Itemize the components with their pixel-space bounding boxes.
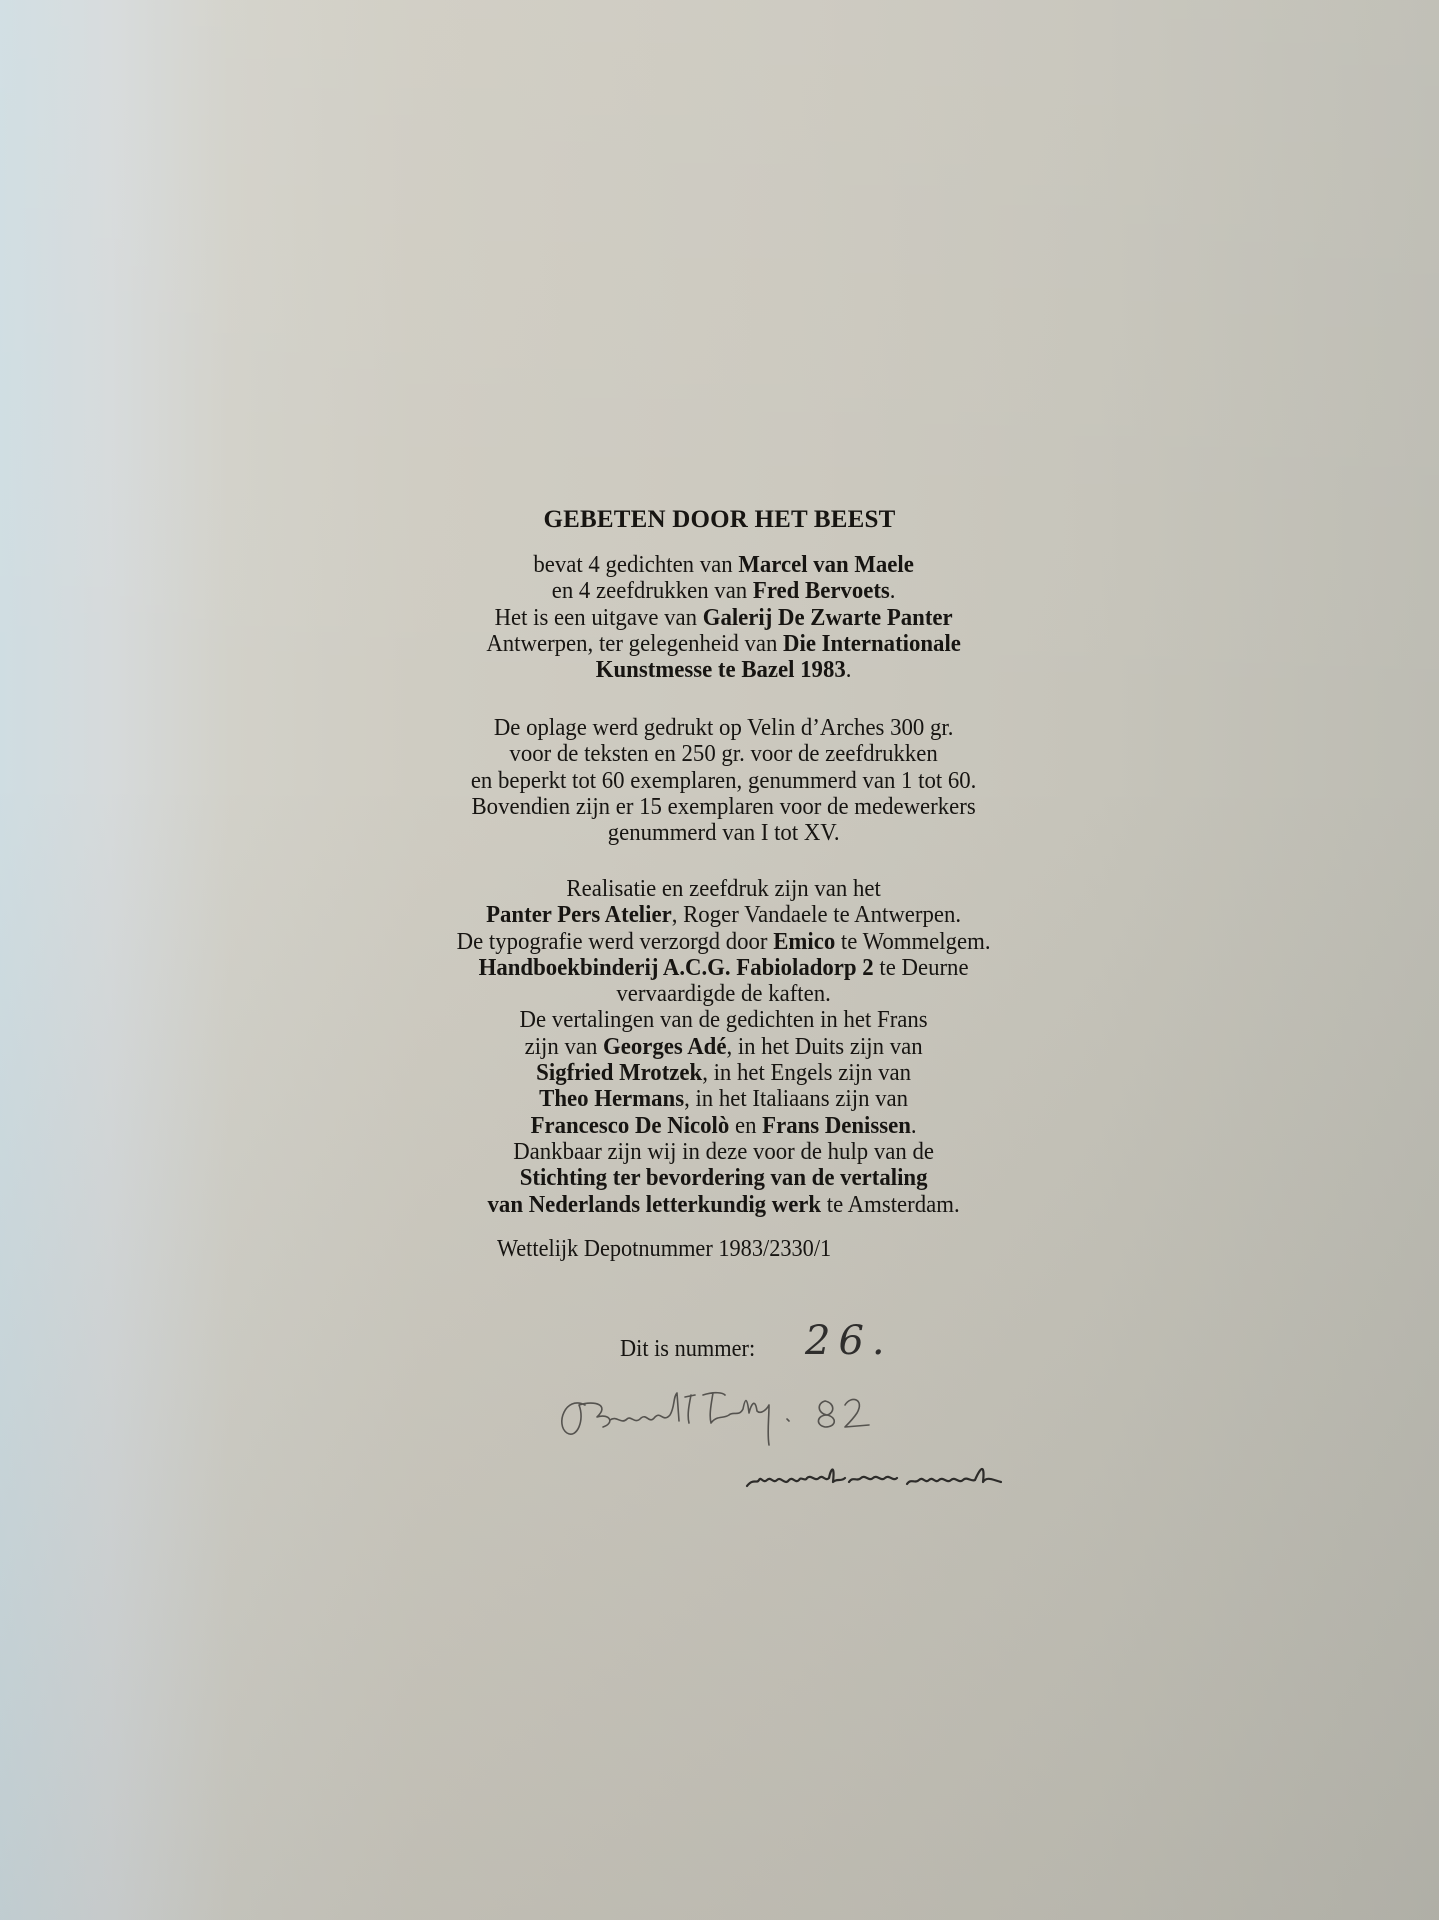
text-line: genummerd van I tot XV. xyxy=(57,820,1391,846)
text-line: van Nederlands letterkundig werk te Amst… xyxy=(57,1192,1391,1218)
text-line: voor de teksten en 250 gr. voor de zeefd… xyxy=(57,741,1391,767)
text-line: zijn van Georges Adé, in het Duits zijn … xyxy=(57,1034,1391,1060)
text-line: Sigfried Mrotzek, in het Engels zijn van xyxy=(57,1060,1391,1086)
artist-signature xyxy=(555,1375,995,1455)
text-line: Panter Pers Atelier, Roger Vandaele te A… xyxy=(57,902,1391,928)
text-line: bevat 4 gedichten van Marcel van Maele xyxy=(57,552,1391,578)
text-line: Handboekbinderij A.C.G. Fabioladorp 2 te… xyxy=(57,955,1391,981)
paragraph-edition: De oplage werd gedrukt op Velin d’Arches… xyxy=(57,715,1391,846)
text-line: Realisatie en zeefdruk zijn van het xyxy=(57,876,1391,902)
text-line: vervaardigde de kaften. xyxy=(57,981,1391,1007)
paragraph-contents: bevat 4 gedichten van Marcel van Maeleen… xyxy=(57,552,1391,683)
text-line: en 4 zeefdrukken van Fred Bervoets. xyxy=(57,578,1391,604)
text-line: Antwerpen, ter gelegenheid van Die Inter… xyxy=(57,631,1391,657)
copy-number-handwritten: 26. xyxy=(805,1318,893,1364)
text-line: Kunstmesse te Bazel 1983. xyxy=(57,657,1391,683)
paragraph-credits: Realisatie en zeefdruk zijn van hetPante… xyxy=(57,876,1391,1218)
text-line: De typografie werd verzorgd door Emico t… xyxy=(57,929,1391,955)
text-line: Dankbaar zijn wij in deze voor de hulp v… xyxy=(57,1139,1391,1165)
copy-number-label: Dit is nummer: xyxy=(620,1336,755,1363)
text-line: Stichting ter bevordering van de vertali… xyxy=(57,1165,1391,1191)
text-line: De vertalingen van de gedichten in het F… xyxy=(57,1007,1391,1033)
text-line: en beperkt tot 60 exemplaren, genummerd … xyxy=(57,768,1391,794)
text-line: Theo Hermans, in het Italiaans zijn van xyxy=(57,1086,1391,1112)
document-title: GEBETEN DOOR HET BEEST xyxy=(0,506,1439,534)
text-line: Bovendien zijn er 15 exemplaren voor de … xyxy=(57,794,1391,820)
depot-number: Wettelijk Depotnummer 1983/2330/1 xyxy=(497,1236,831,1263)
text-line: Het is een uitgave van Galerij De Zwarte… xyxy=(57,605,1391,631)
text-line: Francesco De Nicolò en Frans Denissen. xyxy=(57,1113,1391,1139)
poet-signature xyxy=(745,1460,1045,1510)
text-line: De oplage werd gedrukt op Velin d’Arches… xyxy=(57,715,1391,741)
